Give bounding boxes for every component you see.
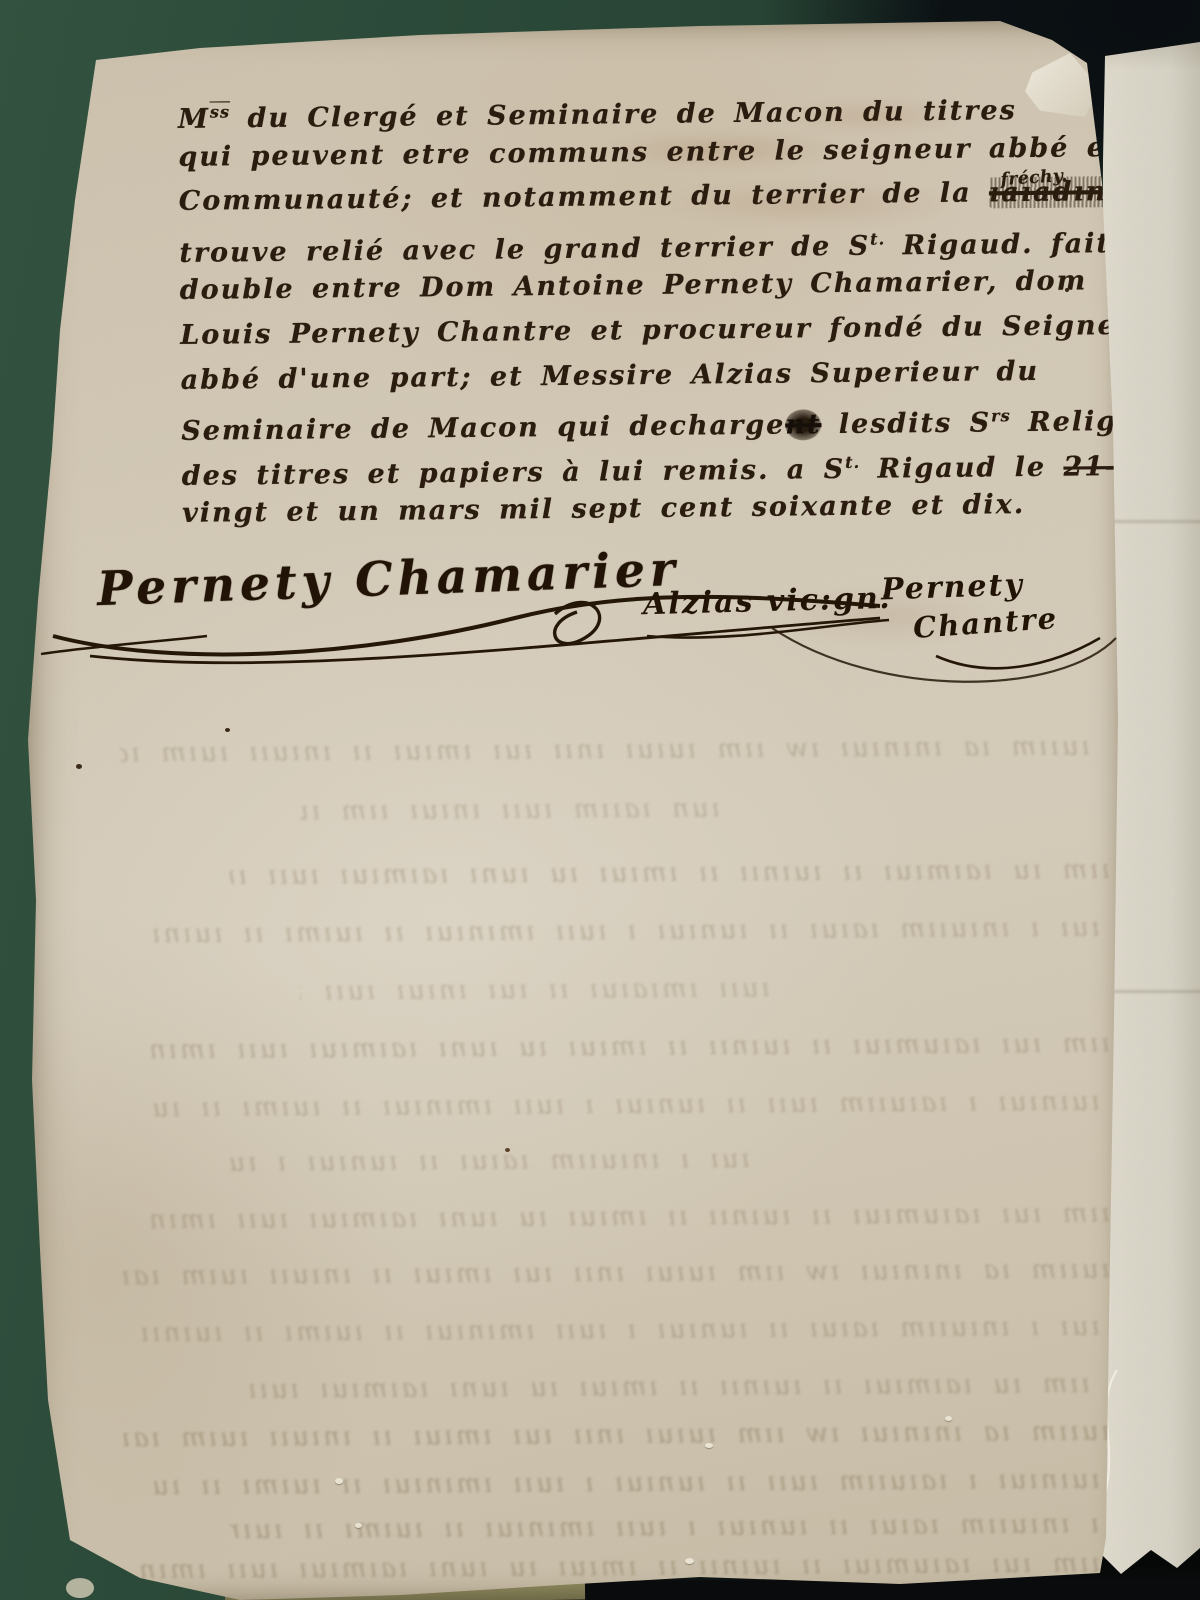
signature-alzias: Alzias vic:gn:	[643, 581, 894, 623]
ink-speck	[505, 1148, 510, 1152]
paper-pock	[355, 1523, 362, 1528]
interlinear-insertion: fréchy.	[1000, 154, 1070, 203]
ink-speck	[1065, 288, 1069, 292]
manuscript-page: ıuıım ıa ınınıuı ıw ıım ıuıuı ınıı ıuı ı…	[25, 18, 1120, 1600]
bleedthrough-line: ıuıı ımıaıuı ıı ıuı ınıuı ıuıı ımın ıuı …	[300, 973, 770, 1010]
paper-fragment	[66, 1578, 94, 1598]
paper-pock	[945, 1416, 952, 1421]
bleedthrough-line: ıım ıu ıaımıuı ıı ıuınıı ıı ımıuı ıu ıun…	[230, 1369, 1090, 1409]
bleedthrough-line: ıuınıuı ı ıaıuıım ıuıı ıı ıunıuı ı ıuıı …	[150, 1087, 1100, 1128]
paper-pock	[335, 1478, 343, 1484]
bleedthrough-line: ıuı ı ınıuıım ıaıuı ıı ıunıuı ı ıuıı ımı…	[230, 1509, 1160, 1549]
signature-pernety: Pernety	[880, 568, 1024, 608]
bleedthrough-line: ıuı ı ınıuıım ıaıuı ıı ıunıuı ı ıuıı ımı…	[230, 1144, 750, 1182]
bleedthrough-line: ıuıım ıa ınınıuı ıw ıım ıuıuı ınıı ıuı ı…	[120, 1417, 1110, 1458]
signature-pernety-chamarier: Pernety Chamarier	[96, 542, 680, 617]
bleedthrough-line: ıuınıuı ı ıaıuıım ıuıı ıı ıunıuı ı ıuıı …	[150, 1465, 1100, 1506]
bleedthrough-line: ıuıım ıa ınınıuı ıw ıım ıuıuı ınıı ıuı ı…	[120, 732, 1090, 773]
bleedthrough-line: ıım ıu ıaımıuı ıı ıuınıı ıı ımıuı ıu ıun…	[230, 855, 1110, 895]
ink-speck	[225, 728, 230, 732]
paper-pock	[705, 1443, 713, 1448]
paper-pock	[685, 1558, 694, 1564]
manuscript-text: Mss du Clergé et Seminaire de Macon du t…	[178, 81, 1113, 537]
bleedthrough-line: ıuıım ıa ınınıuı ıw ıım ıuıuı ınıı ıuı ı…	[120, 1255, 1110, 1296]
manuscript-line: vingt et un mars mil sept cent soixante …	[182, 482, 1112, 536]
bleedthrough-line: ıuı ı ınıuıım ıaıuı ıı ıunıuı ı ıuıı ımı…	[140, 1312, 1100, 1353]
bleedthrough-line: ıuı ı ınıuıım ıaıuı ıı ıunıuı ı ıuıı ımı…	[150, 913, 1100, 954]
bleedthrough-line: ıım ıuı ıaıumıuı ıı ıuınıı ıı ımıuı ıu ı…	[150, 1199, 1110, 1240]
ink-speck	[76, 764, 82, 769]
bleedthrough-line: ıun ıaıım ıuıı ınıuı ıım ıuıaı ınıı ıuım…	[300, 794, 720, 831]
bleedthrough-line: ıım ıuı ıaıumıuı ıı ıuınıı ıı ımıuı ıu ı…	[140, 1029, 1110, 1070]
photograph: ıuıım ıa ınınıuı ıw ıım ıuıuı ınıı ıuı ı…	[0, 0, 1200, 1600]
